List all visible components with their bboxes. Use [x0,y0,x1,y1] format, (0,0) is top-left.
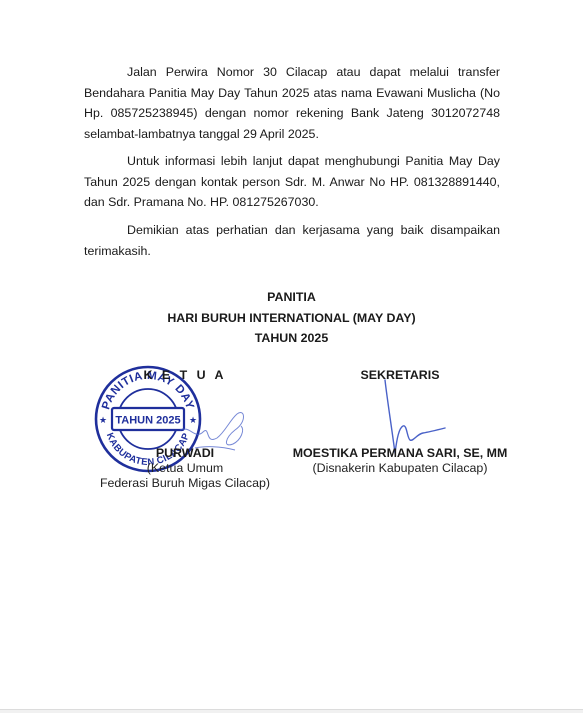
signatory-affiliation: (Ketua Umum [90,461,280,476]
paragraph-text: Demikian atas perhatian dan kerjasama ya… [84,223,500,258]
signatory-affiliation: (Disnakerin Kabupaten Cilacap) [280,461,520,476]
signatory-role: SEKRETARIS [280,368,520,384]
paragraph-text: Untuk informasi lebih lanjut dapat mengh… [84,154,500,209]
committee-line-2: HARI BURUH INTERNATIONAL (MAY DAY) [0,308,583,329]
paragraph-closing: Demikian atas perhatian dan kerjasama ya… [84,220,500,261]
paragraph-contact-info: Untuk informasi lebih lanjut dapat mengh… [84,151,500,213]
signatory-role: K E T U A [90,368,280,384]
signatory-name: PURWADI [90,446,280,461]
committee-line-3: TAHUN 2025 [0,328,583,349]
signatory-name: MOESTIKA PERMANA SARI, SE, MM [280,446,520,461]
signatory-left: K E T U A PURWADI (Ketua Umum Federasi B… [90,368,280,491]
paragraph-transfer-info: Jalan Perwira Nomor 30 Cilacap atau dapa… [84,62,500,144]
signatory-affiliation: Federasi Buruh Migas Cilacap) [90,476,280,491]
paragraph-text: Jalan Perwira Nomor 30 Cilacap atau dapa… [84,65,500,141]
viewer-bottom-edge [0,709,583,713]
committee-line-1: PANITIA [0,287,583,308]
document-page: Jalan Perwira Nomor 30 Cilacap atau dapa… [0,0,583,709]
committee-heading: PANITIA HARI BURUH INTERNATIONAL (MAY DA… [0,287,583,349]
signatory-right: SEKRETARIS MOESTIKA PERMANA SARI, SE, MM… [280,368,520,476]
